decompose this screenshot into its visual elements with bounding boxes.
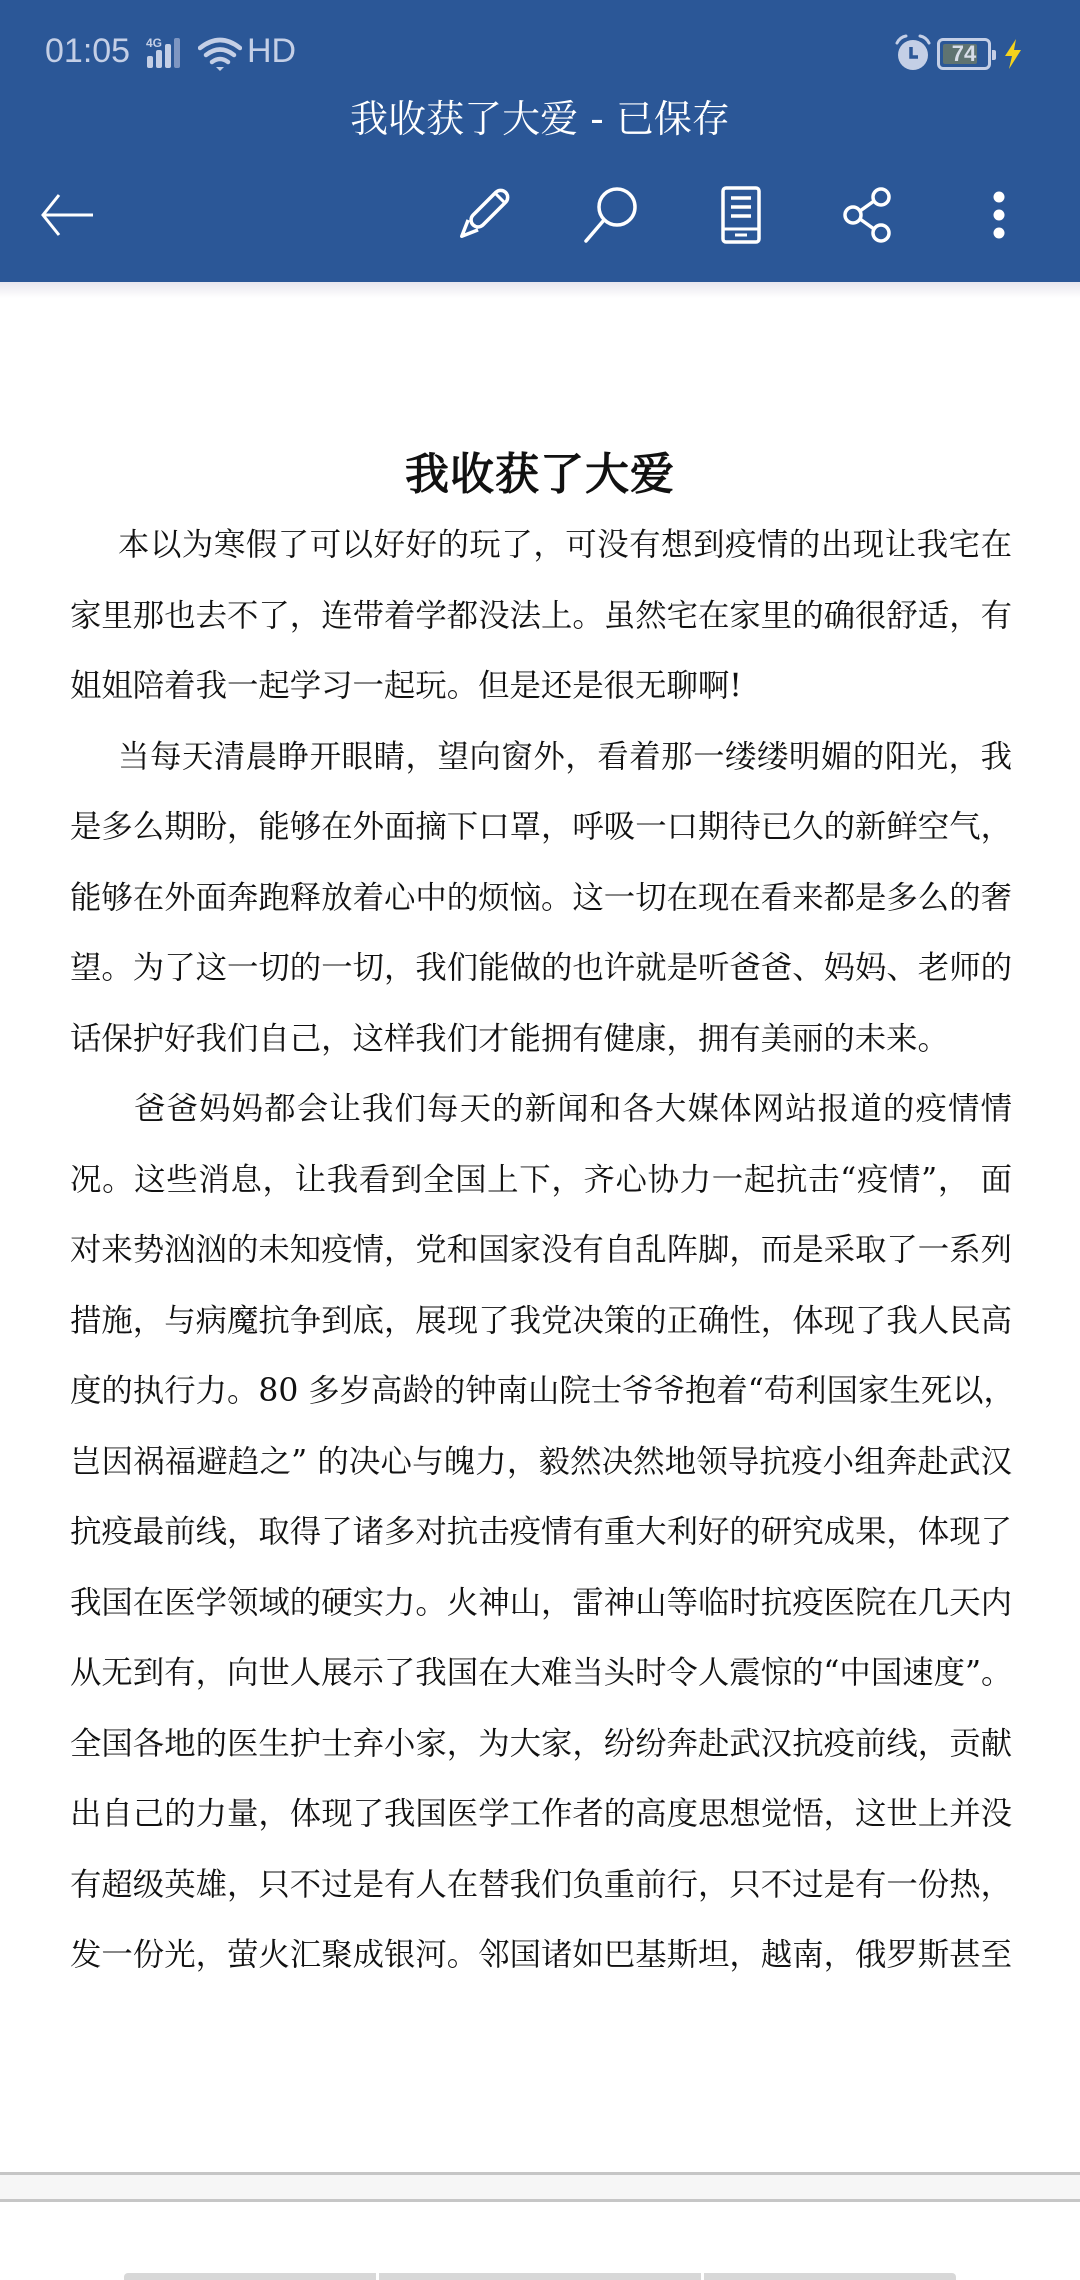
mobile-view-button[interactable] [696,170,786,260]
text-line: 家里那也去不了，连带着学都没法上。虽然宅在家里的确很舒适，有 [70,581,1012,652]
text-line: 从无到有，向世人展示了我国在大难当头时令人震惊的“中国速度”。 [70,1638,1012,1709]
alarm-clock-icon [894,34,932,72]
horizontal-scrollbar[interactable] [0,2172,1080,2202]
document-title: 我收获了大爱 - 已保存 [0,88,1080,143]
text-line: 况。这些消息，让我看到全国上下，齐心协力一起抗击“疫情”， 面 [70,1145,1012,1216]
text-line: 能够在外面奔跑释放着心中的烦恼。这一切在现在看来都是多么的奢 [70,863,1012,934]
text-line: 我国在医学领域的硬实力。火神山，雷神山等临时抗疫医院在几天内 [70,1568,1012,1639]
text-line: 望。为了这一切的一切，我们能做的也许就是听爸爸、妈妈、老师的 [70,933,1012,1004]
status-bar: 01:05 4G HD [0,0,1080,100]
text-line: 本以为寒假了可以好好的玩了，可没有想到疫情的出现让我宅在 [70,510,1012,581]
text-line: 是多么期盼，能够在外面摘下口罩，呼吸一口期待已久的新鲜空气， [70,792,1012,863]
app-bar: 01:05 4G HD [0,0,1080,282]
edit-button[interactable] [438,170,528,260]
text-line: 发一份光，萤火汇聚成银河。邻国诸如巴基斯坦，越南，俄罗斯甚至 [70,1920,1012,1991]
mobile-view-icon [719,185,763,245]
text-line: 抗疫最前线，取得了诸多对抗击疫情有重大利好的研究成果，体现了 [70,1497,1012,1568]
gesture-nav-bar-center[interactable] [379,2273,701,2280]
text-line: 度的执行力。80 多岁高龄的钟南山院士爷爷抱着“苟利国家生死以， [70,1356,1012,1427]
toolbar [0,170,1080,260]
text-line: 全国各地的医生护士弃小家，为大家，纷纷奔赴武汉抗疫前线，贡献 [70,1709,1012,1780]
search-icon [581,185,641,245]
cellular-signal-icon: 4G [145,36,189,70]
text-line: 姐姐陪着我一起学习一起玩。但是还是很无聊啊! [70,651,1012,722]
status-time: 01:05 [45,32,130,71]
lightning-bolt-icon [1002,38,1024,70]
text-line: 爸爸妈妈都会让我们每天的新闻和各大媒体网站报道的疫情情 [70,1074,1012,1145]
pencil-icon [453,185,513,245]
battery-percent: 74 [940,41,988,67]
battery-indicator: 74 [937,38,991,70]
app-bar-shadow [0,282,1080,298]
text-line: 话保护好我们自己，这样我们才能拥有健康，拥有美丽的未来。 [70,1004,1012,1075]
text-line: 对来势汹汹的未知疫情，党和国家没有自乱阵脚，而是采取了一系列 [70,1215,1012,1286]
gesture-nav-bar-right[interactable] [704,2273,956,2280]
wifi-icon [198,36,242,72]
gesture-nav-bar-left[interactable] [124,2273,376,2280]
document-body[interactable]: 本以为寒假了可以好好的玩了，可没有想到疫情的出现让我宅在 家里那也去不了，连带着… [70,510,1012,1991]
text-line: 当每天清晨睁开眼睛，望向窗外，看着那一缕缕明媚的阳光，我 [70,722,1012,793]
document-page[interactable]: 我收获了大爱 本以为寒假了可以好好的玩了，可没有想到疫情的出现让我宅在 家里那也… [0,298,1080,2170]
text-line: 措施，与病魔抗争到底，展现了我党决策的正确性，体现了我人民高 [70,1286,1012,1357]
text-line: 有超级英雄，只不过是有人在替我们负重前行，只不过是有一份热， [70,1850,1012,1921]
document-heading: 我收获了大爱 [0,438,1080,502]
text-line: 岂因祸福避趋之” 的决心与魄力，毅然决然地领导抗疫小组奔赴武汉 [70,1427,1012,1498]
hd-voice-indicator: HD [247,32,296,71]
more-options-button[interactable] [954,170,1044,260]
share-button[interactable] [824,170,914,260]
text-line: 出自己的力量，体现了我国医学工作者的高度思想觉悟，这世上并没 [70,1779,1012,1850]
search-button[interactable] [566,170,656,260]
more-vertical-icon [989,185,1009,245]
share-icon [839,185,899,245]
back-button[interactable] [24,170,114,260]
arrow-left-icon [39,190,99,240]
svg-text:4G: 4G [146,36,162,50]
